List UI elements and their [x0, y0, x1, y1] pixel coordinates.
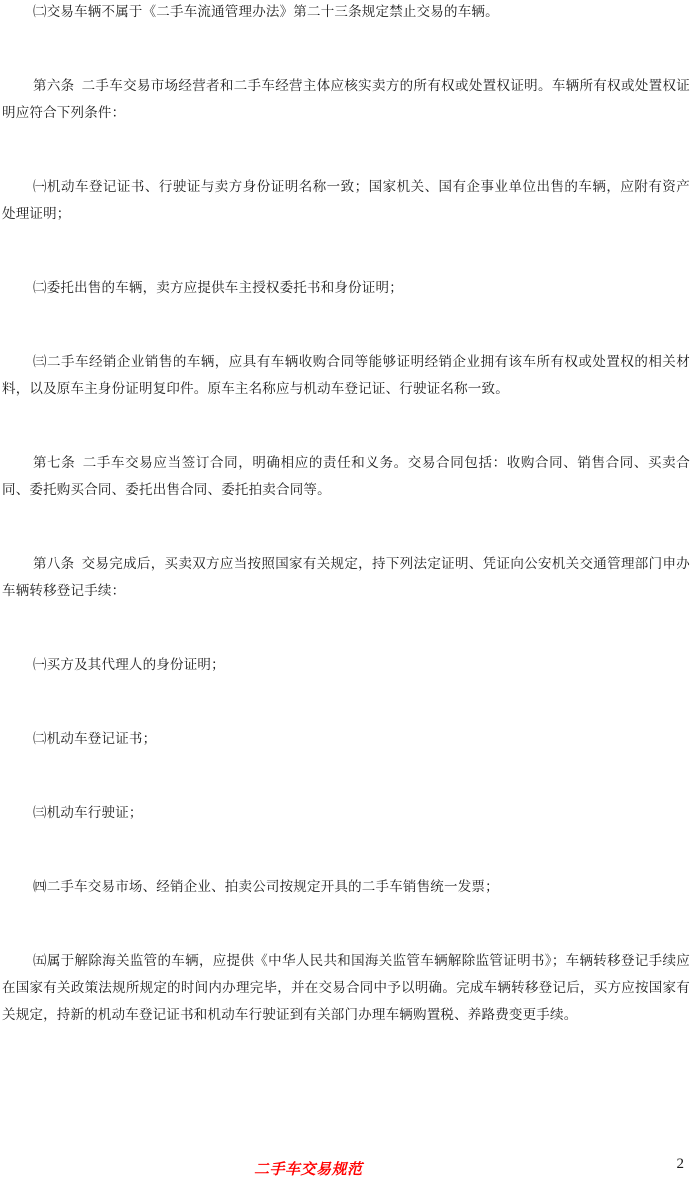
paragraph: 第八条 交易完成后，买卖双方应当按照国家有关规定，持下列法定证明、凭证向公安机关… — [2, 550, 690, 604]
paragraph: ㈢机动车行驶证； — [2, 799, 690, 826]
paragraph: ㈡交易车辆不属于《二手车流通管理办法》第二十三条规定禁止交易的车辆。 — [2, 0, 690, 25]
page-footer: 二手车交易规范 2 — [0, 1154, 700, 1180]
paragraph: ㈡机动车登记证书； — [2, 725, 690, 752]
document-page: ㈡交易车辆不属于《二手车流通管理办法》第二十三条规定禁止交易的车辆。 第六条 二… — [0, 0, 700, 1184]
footer-title: 二手车交易规范 — [254, 1158, 363, 1179]
paragraph: ㈡委托出售的车辆，卖方应提供车主授权委托书和身份证明； — [2, 274, 690, 301]
paragraph: ㈣二手车交易市场、经销企业、拍卖公司按规定开具的二手车销售统一发票； — [2, 873, 690, 900]
paragraph: 第六条 二手车交易市场经营者和二手车经营主体应核实卖方的所有权或处置权证明。车辆… — [2, 72, 690, 126]
paragraph: ㈢二手车经销企业销售的车辆，应具有车辆收购合同等能够证明经销企业拥有该车所有权或… — [2, 348, 690, 402]
document-body: ㈡交易车辆不属于《二手车流通管理办法》第二十三条规定禁止交易的车辆。 第六条 二… — [0, 0, 700, 1028]
page-number: 2 — [677, 1156, 685, 1173]
paragraph: ㈠机动车登记证书、行驶证与卖方身份证明名称一致；国家机关、国有企事业单位出售的车… — [2, 173, 690, 227]
paragraph: 第七条 二手车交易应当签订合同，明确相应的责任和义务。交易合同包括：收购合同、销… — [2, 449, 690, 503]
paragraph: ㈤属于解除海关监管的车辆，应提供《中华人民共和国海关监管车辆解除监管证明书》；车… — [2, 947, 690, 1028]
paragraph: ㈠买方及其代理人的身份证明； — [2, 651, 690, 678]
